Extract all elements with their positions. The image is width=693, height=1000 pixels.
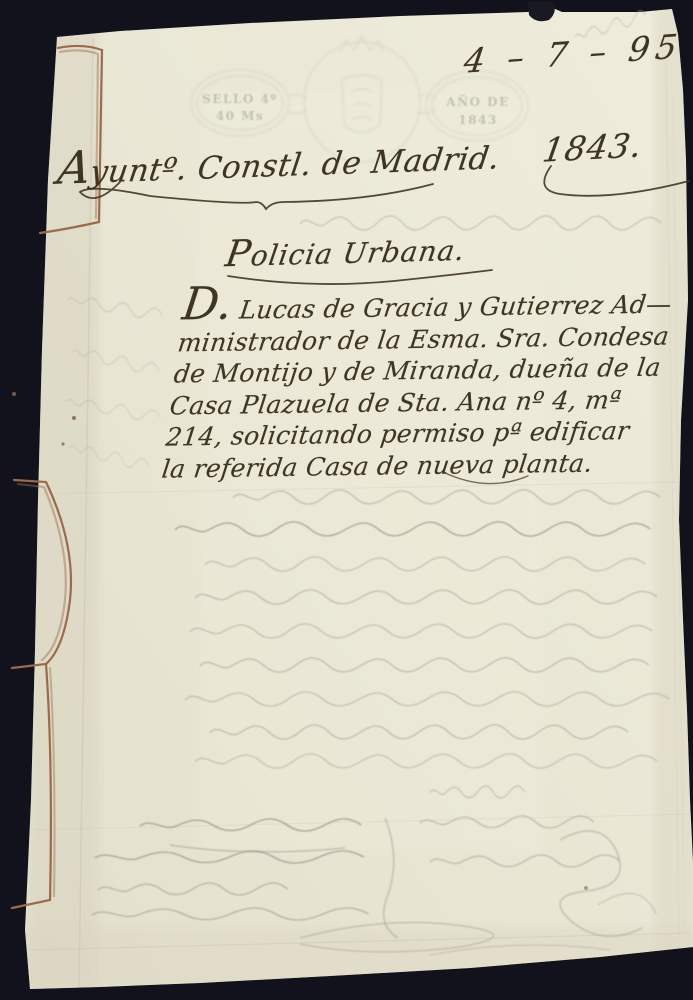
- stamp-left-text-line1: SELLO 4º: [198, 92, 282, 106]
- stamp-right-text-line1: AÑO DE: [436, 95, 520, 109]
- manuscript-page: SELLO 4º 40 Ms AÑO DE 1843 4 – 7 – 95 Ay…: [0, 0, 693, 1000]
- body-paragraph: D. Lucas de Gracia y Gutierrez Ad— minis…: [160, 288, 684, 484]
- header-year: 1843.: [540, 125, 646, 170]
- stamp-right-text-line2: 1843: [444, 113, 512, 127]
- section-title: Policia Urbana.: [223, 226, 469, 275]
- stamp-left-text-line2: 40 Ms: [206, 109, 274, 123]
